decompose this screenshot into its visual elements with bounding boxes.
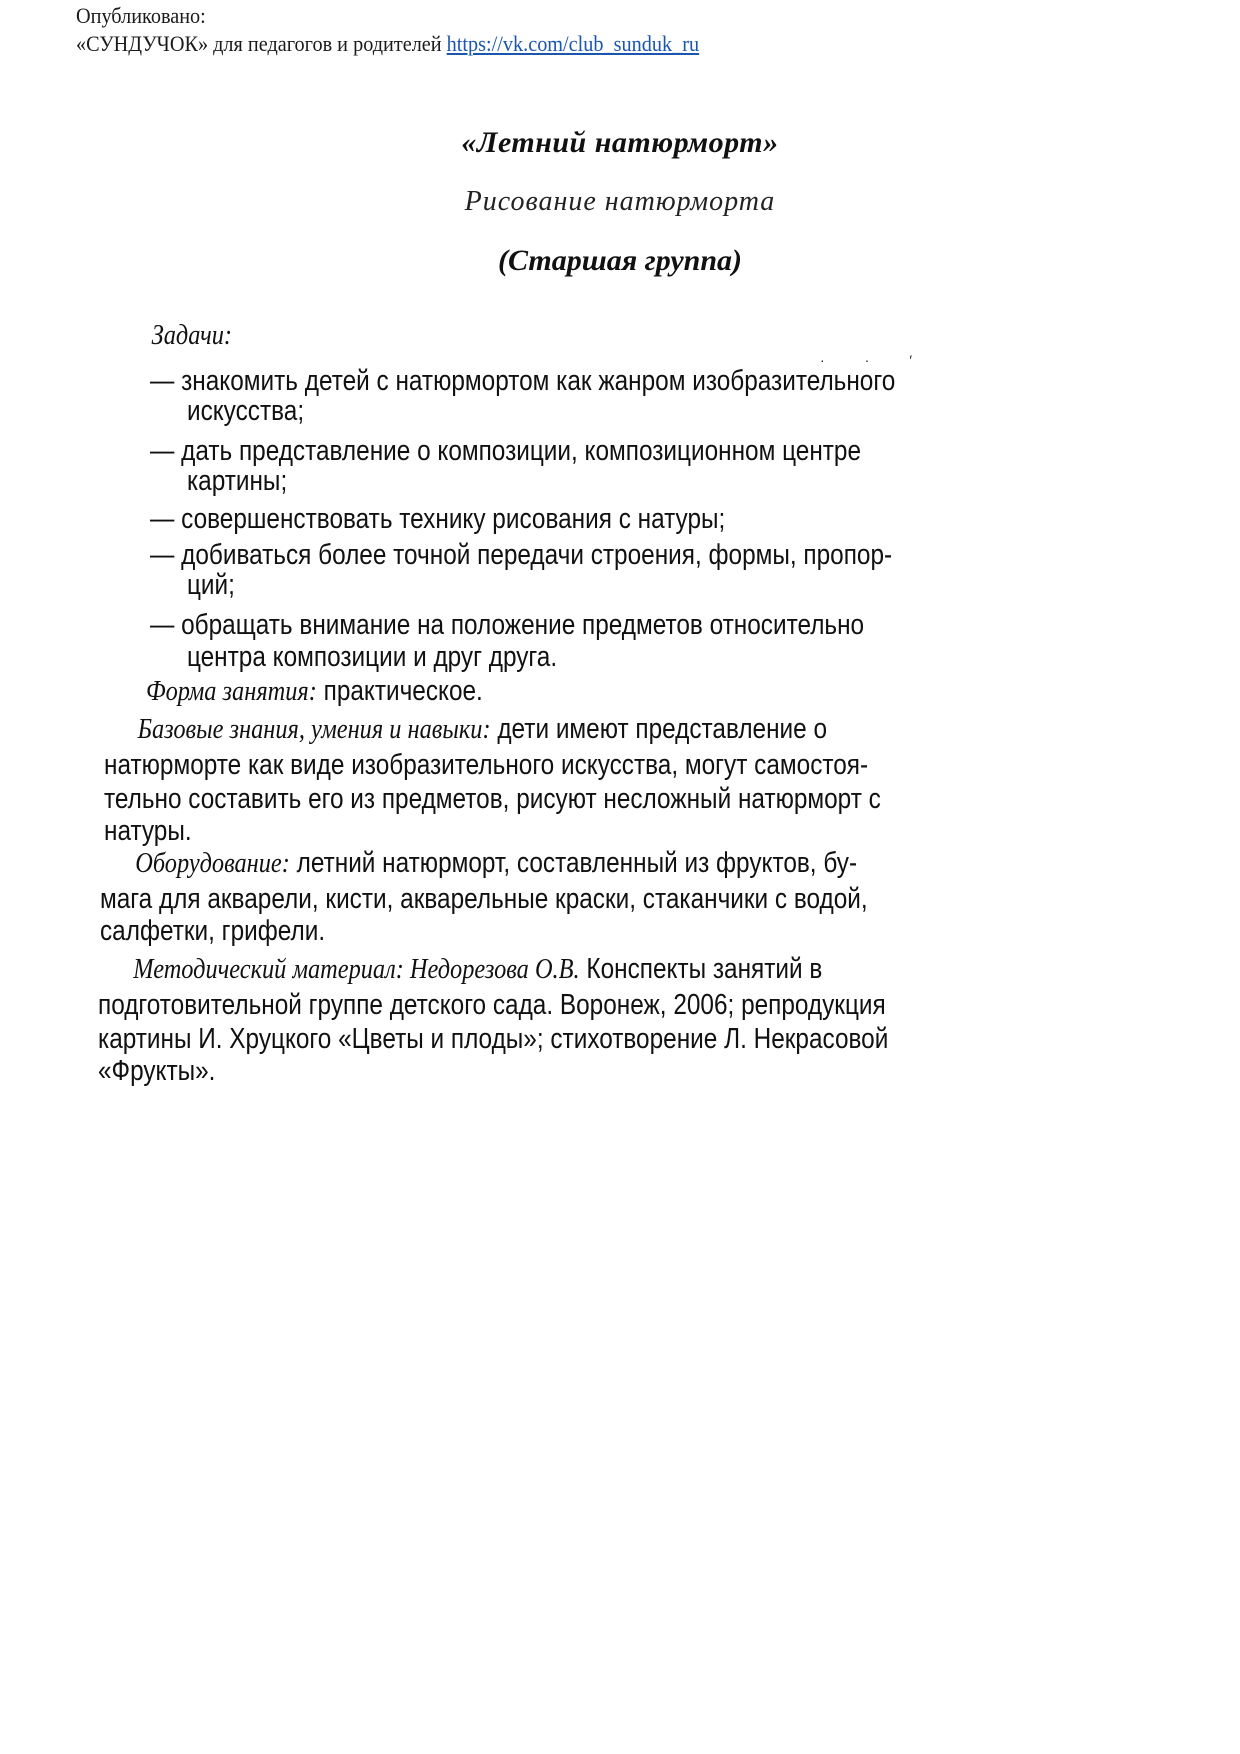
- task-line: — обращать внимание на положение предмет…: [150, 608, 864, 642]
- source-text: «СУНДУЧОК» для педагогов и родителей: [76, 31, 447, 56]
- task-line: ций;: [187, 568, 235, 602]
- methodical-line: «Фрукты».: [98, 1054, 215, 1088]
- publication-header: Опубликовано: «СУНДУЧОК» для педагогов и…: [76, 2, 699, 58]
- document-title: «Летний натюрморт»: [0, 126, 1240, 160]
- age-group: (Старшая группа): [0, 244, 1240, 278]
- equipment-line: мага для акварели, кисти, акварельные кр…: [100, 882, 868, 916]
- task-line: — добиваться более точной передачи строе…: [150, 538, 892, 572]
- form-label: Форма занятия:: [146, 675, 317, 707]
- methodical-label: Методический материал: Недорезова О.В.: [133, 953, 579, 985]
- source-line: «СУНДУЧОК» для педагогов и родителей htt…: [76, 30, 699, 58]
- task-line: искусства;: [187, 394, 304, 428]
- equipment-line: салфетки, грифели.: [100, 914, 325, 948]
- task-line: картины;: [187, 464, 287, 498]
- basics-label: Базовые знания, умения и навыки:: [138, 713, 491, 745]
- basics-line: Базовые знания, умения и навыки: дети им…: [138, 712, 827, 746]
- basics-line: натуры.: [104, 814, 192, 848]
- vk-club-link[interactable]: https://vk.com/club_sunduk_ru: [447, 31, 699, 56]
- equipment-line: Оборудование: летний натюрморт, составле…: [135, 846, 857, 880]
- task-line: центра композиции и друг друга.: [187, 640, 557, 674]
- methodical-line: подготовительной группе детского сада. В…: [98, 988, 886, 1022]
- published-label: Опубликовано:: [76, 2, 699, 30]
- basics-line: натюрморте как виде изобразительного иск…: [104, 748, 868, 782]
- document-subtitle: Рисование натюрморта: [0, 186, 1240, 218]
- task-line: — совершенствовать технику рисования с н…: [150, 502, 725, 536]
- basics-line: тельно составить его из предметов, рисую…: [104, 782, 881, 816]
- form-value: практическое.: [317, 675, 483, 707]
- task-line: — дать представление о композиции, компо…: [150, 434, 861, 468]
- methodical-line: картины И. Хруцкого «Цветы и плоды»; сти…: [98, 1022, 888, 1056]
- methodical-line: Методический материал: Недорезова О.В. К…: [133, 952, 822, 986]
- tasks-heading: Задачи:: [152, 318, 232, 352]
- form-section: Форма занятия: практическое.: [146, 674, 483, 708]
- equipment-label: Оборудование:: [135, 847, 290, 879]
- task-line: — знакомить детей с натюрмортом как жанр…: [150, 364, 895, 398]
